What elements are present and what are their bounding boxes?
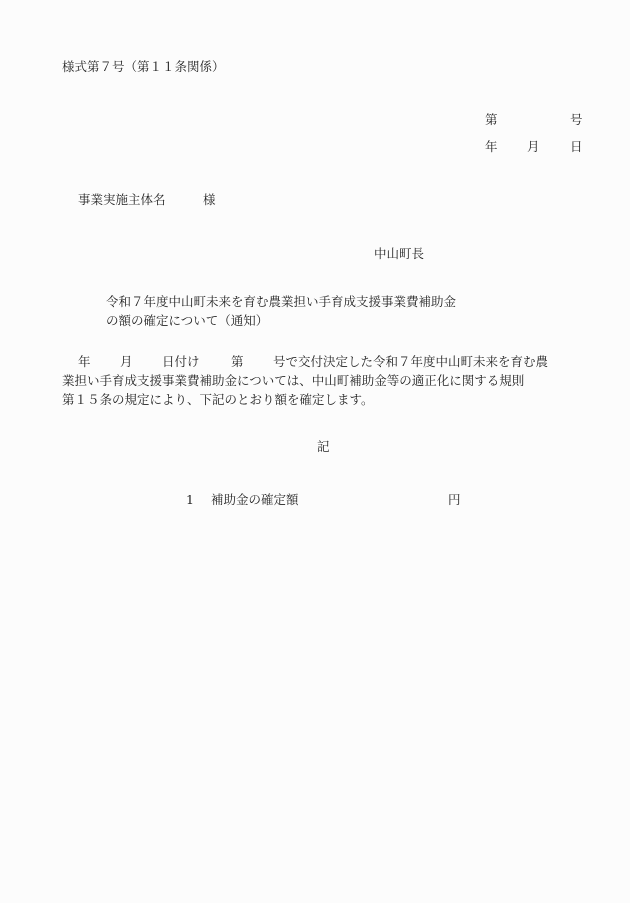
date-month: 月	[527, 139, 540, 155]
item-number: 1	[186, 492, 194, 508]
document-page: 様式第７号（第１１条関係） 第 号 年 月 日 事業実施主体名 様 中山町長 令…	[0, 0, 630, 903]
reference-go: 号	[570, 112, 583, 128]
form-number: 様式第７号（第１１条関係）	[62, 59, 225, 75]
body-day-suffix: 日付け	[162, 354, 200, 370]
body-dai: 第	[231, 354, 244, 370]
sender: 中山町長	[374, 246, 424, 262]
body-line-2: 業担い手育成支援事業費補助金については、中山町補助金等の適正化に関する規則	[62, 373, 524, 389]
reference-dai: 第	[485, 112, 498, 128]
addressee-name-label: 事業実施主体名	[78, 192, 166, 208]
body-month: 月	[120, 354, 133, 370]
body-line-1-rest: 号で交付決定した令和７年度中山町未来を育む農	[273, 354, 548, 370]
title-line-1: 令和７年度中山町未来を育む農業担い手育成支援事業費補助金	[106, 294, 456, 310]
body-line-3: 第１５条の規定により、下記のとおり額を確定します。	[62, 392, 374, 408]
item-unit: 円	[448, 492, 461, 508]
ki-heading: 記	[317, 439, 330, 455]
addressee-honorific: 様	[203, 192, 216, 208]
item-label: 補助金の確定額	[211, 492, 299, 508]
body-year: 年	[78, 354, 91, 370]
date-day: 日	[570, 139, 583, 155]
date-year: 年	[485, 139, 498, 155]
title-line-2: の額の確定について（通知）	[106, 313, 268, 329]
